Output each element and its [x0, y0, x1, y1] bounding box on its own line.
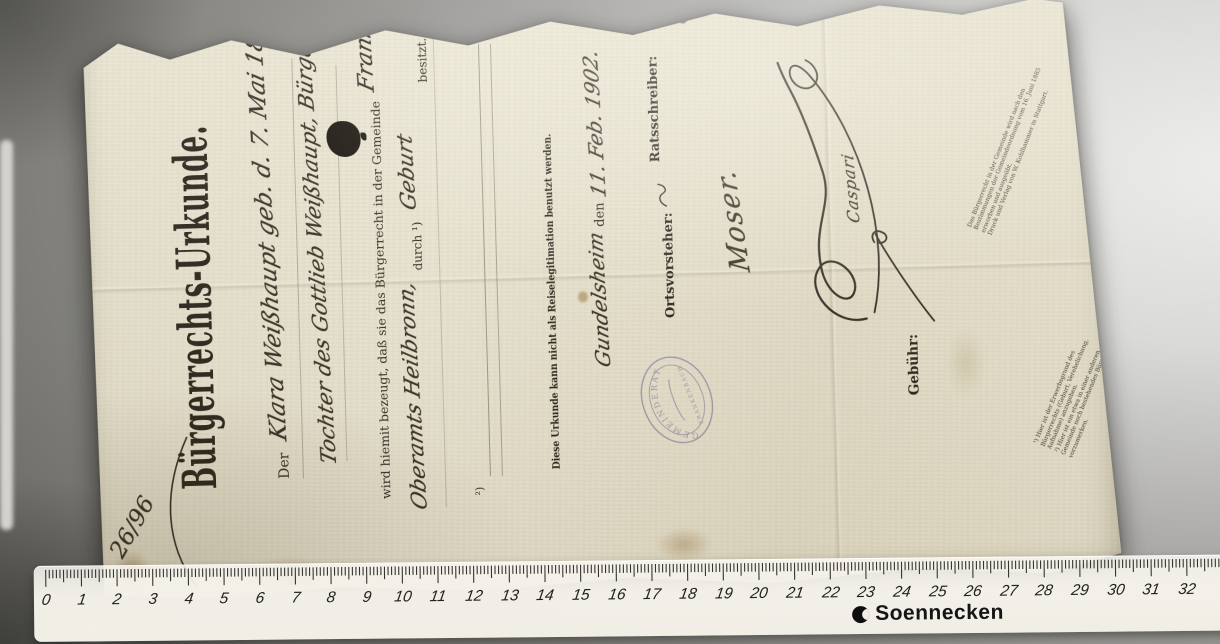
- ruler-number: 1: [76, 591, 87, 609]
- foxing-stain: [655, 527, 714, 563]
- ruler-brand: Soennecken: [852, 601, 1004, 626]
- travel-notice: Diese Urkunde kann nicht als Reiselegiti…: [542, 166, 562, 469]
- ruler-number: 16: [607, 586, 627, 604]
- photo-scene: 26/96 Bürgerrechts-Urkunde. Der Klara We…: [0, 0, 1220, 644]
- ruler-number: 30: [1106, 582, 1126, 600]
- signature-flourish: [763, 42, 883, 335]
- printed-durch: durch ¹): [410, 221, 425, 270]
- ruler-number: 32: [1177, 581, 1197, 599]
- fee-handwritten-mark: [866, 215, 941, 333]
- ruler-number: 21: [785, 585, 805, 603]
- handwritten-date: 11. Feb. 1902.: [578, 47, 611, 200]
- blank-rule-line: [490, 44, 503, 476]
- soennecken-logo-icon: [852, 605, 869, 622]
- printed-den: den: [592, 202, 608, 227]
- faint-stain: [945, 327, 987, 398]
- ruler-number: 9: [361, 589, 372, 607]
- printed-der: Der: [276, 452, 293, 479]
- printed-attestation: wird hiemit bezeugt, daß sie das Bürgerr…: [367, 101, 393, 499]
- printer-imprint: Das Bürgerrecht in der Gemeinde wird nac…: [966, 60, 1059, 237]
- municipal-stamp: GEMEINDERAT FRANKENBACH: [613, 334, 741, 466]
- ruler-number: 5: [219, 590, 230, 608]
- ortsvorsteher-label-text: Ortsvorsteher:: [661, 212, 679, 318]
- ortsvorsteher-label: Ortsvorsteher:: [657, 186, 679, 318]
- ruler-number: 15: [571, 587, 591, 605]
- pen-squiggle: [655, 182, 670, 208]
- ruler-number: 12: [464, 588, 484, 606]
- ruler-number: 10: [393, 588, 413, 606]
- footnotes-block: ¹) Hier ist der Erwerbsgrund des Bürgerr…: [1032, 322, 1124, 460]
- fee-label: Gebühr:: [905, 334, 923, 396]
- printed-besitzt: besitzt.: [415, 38, 430, 83]
- ruler-number: 26: [963, 583, 983, 601]
- ruler-number: 11: [429, 588, 448, 606]
- ruler-number: 24: [892, 584, 912, 602]
- handwritten-name: Klara Weißhaupt geb. d. 7. Mai 1869: [239, 3, 292, 443]
- surface-edge-highlight: [0, 140, 13, 530]
- ratsschreiber-signature: Moser.: [710, 167, 757, 273]
- certificate-paper: 26/96 Bürgerrechts-Urkunde. Der Klara We…: [76, 0, 1122, 602]
- footnote-marker-2: ²): [473, 487, 486, 496]
- ruler-number: 25: [927, 583, 947, 601]
- handwritten-gemeinde: Frankenbach: [345, 0, 379, 94]
- document-title: Bürgerrechts-Urkunde.: [162, 79, 230, 536]
- ruler-number: 18: [678, 586, 698, 604]
- entry-line-3: wird hiemit bezeugt, daß sie das Bürgerr…: [358, 24, 396, 500]
- ruler-number: 31: [1141, 581, 1161, 599]
- handwritten-erwerbsgrund: Geburt: [392, 132, 421, 213]
- entry-line-4: Oberamts Heilbronn, durch ¹) Geburt besi…: [397, 38, 447, 509]
- ruler-number: 4: [183, 590, 194, 608]
- ruler-number: 0: [40, 592, 51, 610]
- soennecken-ruler: 0123456789101112131415161718192021222324…: [34, 554, 1220, 642]
- certificate-content: 26/96 Bürgerrechts-Urkunde. Der Klara We…: [76, 0, 1122, 602]
- ruler-number: 3: [147, 591, 158, 609]
- date-line: Gundelsheimden11. Feb. 1902.: [580, 51, 613, 367]
- ruler-number: 20: [749, 585, 769, 603]
- handwritten-place: Gundelsheim: [583, 229, 616, 369]
- imprint-line-1: Das Bürgerrecht in der Gemeinde wird nac…: [966, 60, 1052, 234]
- ruler-brand-text: Soennecken: [875, 601, 1004, 626]
- ruler-number: 7: [290, 589, 301, 607]
- ruler-number: 6: [254, 590, 265, 608]
- handwritten-oberamt: Oberamts Heilbronn,: [394, 279, 432, 512]
- ruler-number: 29: [1070, 582, 1090, 600]
- ruler-number: 2: [112, 591, 123, 609]
- ruler-number: 17: [642, 586, 662, 604]
- certificate-paper-wrap: 26/96 Bürgerrechts-Urkunde. Der Klara We…: [76, 0, 1122, 602]
- ratsschreiber-label: Ratsschreiber:: [645, 56, 663, 163]
- ruler-number: 27: [999, 583, 1019, 601]
- ruler-number: 23: [856, 584, 876, 602]
- ink-speck: [678, 14, 687, 23]
- ruler-number: 8: [326, 589, 337, 607]
- ruler-number: 13: [500, 587, 520, 605]
- ruler-numbers: 0123456789101112131415161718192021222324…: [34, 554, 1220, 642]
- ruler-number: 28: [1034, 582, 1054, 600]
- ruler-number: 22: [820, 584, 840, 602]
- ruler-number: 19: [714, 585, 734, 603]
- blank-rule-line: [478, 44, 491, 476]
- ruler-number: 14: [535, 587, 555, 605]
